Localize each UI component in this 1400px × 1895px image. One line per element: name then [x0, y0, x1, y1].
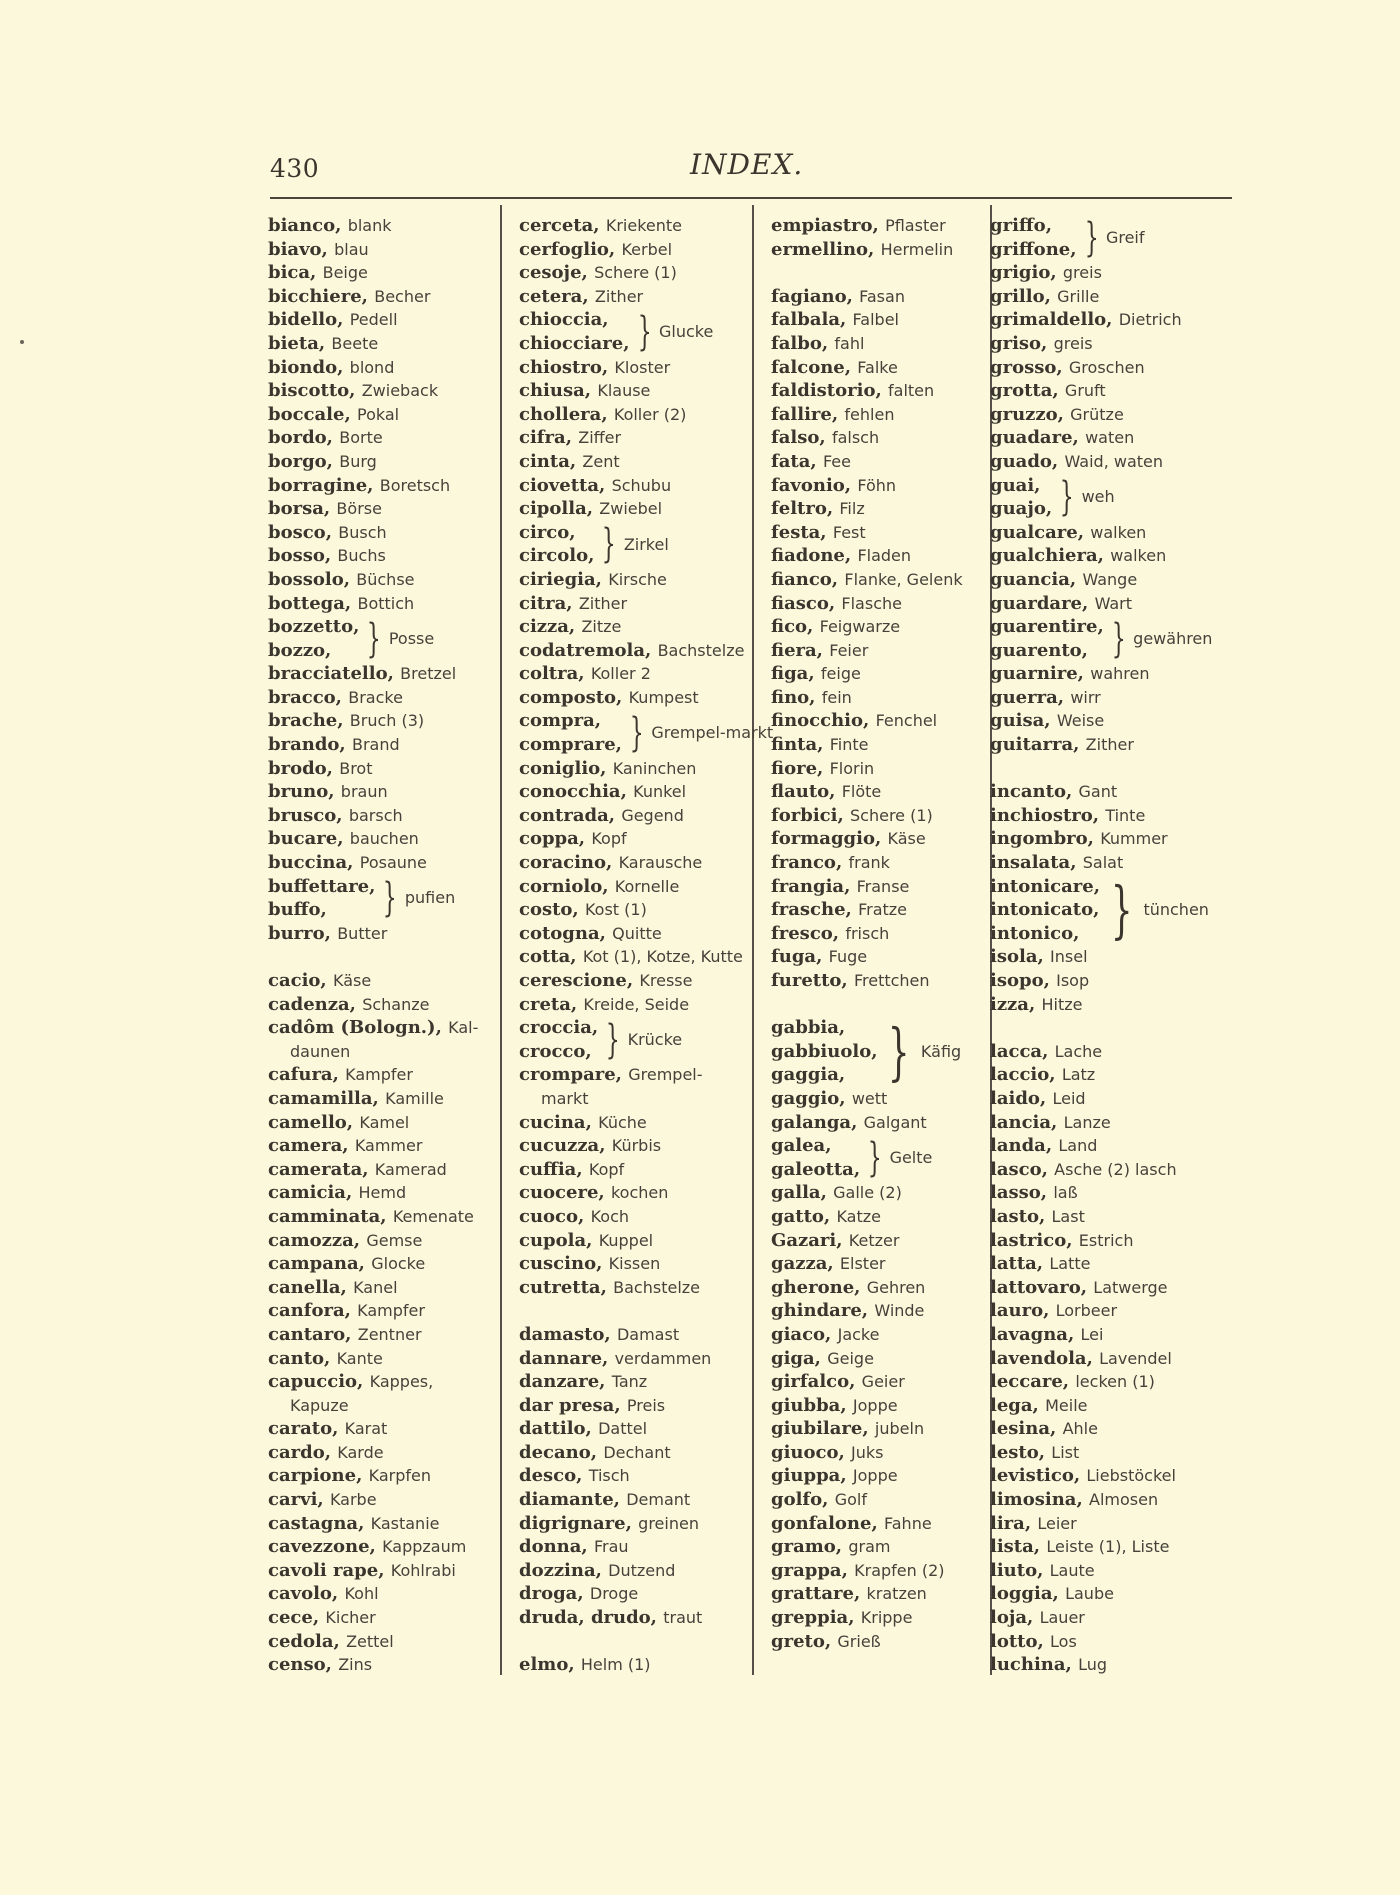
italian-term: cucuzza,	[519, 1135, 605, 1156]
italian-term: decano,	[519, 1442, 597, 1463]
german-term: Wart	[1095, 594, 1132, 613]
index-entry: guisa, Weise	[990, 709, 1230, 733]
german-term: barsch	[349, 806, 403, 825]
german-term: bauchen	[350, 829, 419, 848]
german-term: Flasche	[841, 594, 902, 613]
italian-term: campana,	[268, 1253, 365, 1274]
italian-term: burro,	[268, 923, 331, 944]
index-entry: fallire, fehlen	[771, 403, 996, 427]
german-term: Damast	[617, 1325, 679, 1344]
german-term: laß	[1053, 1183, 1077, 1202]
german-term: Fasan	[859, 287, 905, 306]
italian-term: corniolo,	[519, 876, 609, 897]
index-entry: griso, greis	[990, 332, 1230, 356]
german-term: Kamel	[359, 1113, 409, 1132]
italian-term: formaggio,	[771, 828, 881, 849]
german-term: Liebstöckel	[1086, 1466, 1176, 1485]
italian-term: camamilla,	[268, 1088, 379, 1109]
index-entry: golfo, Golf	[771, 1488, 996, 1512]
german-term: falsch	[832, 428, 879, 447]
index-entry: isola, Insel	[990, 945, 1230, 969]
german-term: Florin	[830, 759, 875, 778]
german-term: fein	[822, 688, 852, 707]
index-entry: biondo, blond	[268, 356, 493, 380]
index-entry: cipolla, Zwiebel	[519, 497, 744, 521]
german-term: blau	[334, 240, 369, 259]
german-term: Zentner	[358, 1325, 422, 1344]
index-entry: druda, drudo, traut	[519, 1606, 744, 1630]
index-entry: bosso, Buchs	[268, 544, 493, 568]
italian-term: cece,	[268, 1607, 319, 1628]
german-term: Krippe	[861, 1608, 913, 1627]
index-entry: bica, Beige	[268, 261, 493, 285]
german-term: Kunkel	[633, 782, 686, 801]
index-entry: frasche, Fratze	[771, 898, 996, 922]
italian-term: camozza,	[268, 1230, 360, 1251]
index-entry: chiostro, Kloster	[519, 356, 744, 380]
index-entry: cardo, Karde	[268, 1441, 493, 1465]
index-entry: chollera, Koller (2)	[519, 403, 744, 427]
italian-term: galea,	[771, 1134, 860, 1158]
german-term: Bachstelze	[613, 1278, 700, 1297]
index-entry: gualchiera, walken	[990, 544, 1230, 568]
index-entry: greppia, Krippe	[771, 1606, 996, 1630]
brace-glyph: }	[868, 1138, 882, 1178]
index-entry: forbici, Schere (1)	[771, 804, 996, 828]
italian-term: cerescione,	[519, 970, 633, 991]
italian-term: izza,	[990, 994, 1035, 1015]
index-entry: campana, Glocke	[268, 1252, 493, 1276]
italian-term: finocchio,	[771, 710, 869, 731]
german-term: Latz	[1062, 1065, 1095, 1084]
italian-term: biavo,	[268, 239, 328, 260]
german-term: Kumpest	[629, 688, 699, 707]
german-term: Joppe	[853, 1466, 898, 1485]
german-term: Kopf	[591, 829, 626, 848]
index-entry: castagna, Kastanie	[268, 1512, 493, 1536]
italian-term: ciriegia,	[519, 569, 602, 590]
italian-term: guerra,	[990, 687, 1064, 708]
index-entry: bottega, Bottich	[268, 592, 493, 616]
german-term: Kirsche	[608, 570, 667, 589]
italian-term: giuoco,	[771, 1442, 845, 1463]
german-term: Leier	[1037, 1514, 1076, 1533]
italian-term: carpione,	[268, 1465, 362, 1486]
italian-term: fiadone,	[771, 545, 851, 566]
italian-term: levistico,	[990, 1465, 1080, 1486]
german-term: Groschen	[1069, 358, 1145, 377]
index-entry: fiera, Feier	[771, 639, 996, 663]
index-entry: ciovetta, Schubu	[519, 474, 744, 498]
index-entry: corniolo, Kornelle	[519, 875, 744, 899]
italian-term: cadenza,	[268, 994, 356, 1015]
german-term: wirr	[1070, 688, 1100, 707]
german-term: Kammer	[355, 1136, 423, 1155]
index-entry: droga, Droge	[519, 1582, 744, 1606]
index-entry: galanga, Galgant	[771, 1111, 996, 1135]
index-entry: conocchia, Kunkel	[519, 780, 744, 804]
italian-term: bozzo,	[268, 639, 359, 663]
german-term: Lei	[1081, 1325, 1104, 1344]
index-entry: loggia, Laube	[990, 1582, 1230, 1606]
german-term: Frau	[594, 1537, 629, 1556]
italian-term: gazza,	[771, 1253, 834, 1274]
german-term: Kampfer	[357, 1301, 425, 1320]
index-entry-continuation: daunen	[268, 1040, 493, 1064]
german-term: Laute	[1050, 1561, 1095, 1580]
italian-term: conocchia,	[519, 781, 627, 802]
index-entry: damasto, Damast	[519, 1323, 744, 1347]
italian-term: girfalco,	[771, 1371, 855, 1392]
german-term: daunen	[290, 1042, 350, 1061]
italian-term: chollera,	[519, 404, 608, 425]
italian-term: bozzetto,	[268, 615, 359, 639]
german-term: Leiste (1), Liste	[1046, 1537, 1169, 1556]
index-entry: costo, Kost (1)	[519, 898, 744, 922]
german-term: Karat	[345, 1419, 388, 1438]
italian-term: falbala,	[771, 309, 846, 330]
index-entry: canella, Kanel	[268, 1276, 493, 1300]
index-entry: bucare, bauchen	[268, 827, 493, 851]
german-term: Gruft	[1065, 381, 1106, 400]
italian-term: cavezzone,	[268, 1536, 376, 1557]
index-entry: lacca, Lache	[990, 1040, 1230, 1064]
italian-term: damasto,	[519, 1324, 611, 1345]
german-term: Fenchel	[876, 711, 938, 730]
index-entry: cavoli rape, Kohlrabi	[268, 1559, 493, 1583]
index-entry: girfalco, Geier	[771, 1370, 996, 1394]
italian-term: chiostro,	[519, 357, 608, 378]
german-term: Falbel	[853, 310, 899, 329]
italian-term: gramo,	[771, 1536, 842, 1557]
index-entry: creta, Kreide, Seide	[519, 993, 744, 1017]
index-entry: dozzina, Dutzend	[519, 1559, 744, 1583]
brace-glyph: }	[1060, 477, 1074, 517]
german-term: greis	[1054, 334, 1093, 353]
italian-term: camerata,	[268, 1159, 369, 1180]
italian-term: bidello,	[268, 309, 343, 330]
german-term: Dutzend	[608, 1561, 675, 1580]
italian-term: crocco,	[519, 1040, 598, 1064]
german-term: Schere (1)	[850, 806, 933, 825]
italian-term: fiasco,	[771, 593, 835, 614]
german-term: tünchen	[1143, 898, 1208, 922]
german-term: Laube	[1065, 1584, 1114, 1603]
german-term: Kappzaum	[382, 1537, 466, 1556]
letter-section-gap	[771, 993, 996, 1017]
italian-term: fico,	[771, 616, 813, 637]
italian-term: cavolo,	[268, 1583, 338, 1604]
italian-term: cafura,	[268, 1064, 339, 1085]
italian-term: lasco,	[990, 1159, 1048, 1180]
german-term: Käfig	[921, 1040, 961, 1064]
italian-term: desco,	[519, 1465, 582, 1486]
german-term: wett	[852, 1089, 887, 1108]
german-term: Greif	[1106, 226, 1145, 250]
index-entry: limosina, Almosen	[990, 1488, 1230, 1512]
german-term: Katze	[836, 1207, 881, 1226]
german-term: Kicher	[325, 1608, 375, 1627]
index-entry: lira, Leier	[990, 1512, 1230, 1536]
brace-glyph: }	[1084, 218, 1098, 258]
index-entry: cucuzza, Kürbis	[519, 1134, 744, 1158]
german-term: Bretzel	[400, 664, 456, 683]
index-entry: camozza, Gemse	[268, 1229, 493, 1253]
german-term: Brand	[352, 735, 400, 754]
german-term: Tinte	[1105, 806, 1145, 825]
index-entry: luchina, Lug	[990, 1653, 1230, 1677]
italian-term: lasto,	[990, 1206, 1045, 1227]
german-term: Zwieback	[362, 381, 438, 400]
italian-term: biscotto,	[268, 380, 355, 401]
italian-term: ciovetta,	[519, 475, 605, 496]
italian-term: latta,	[990, 1253, 1043, 1274]
italian-term: finta,	[771, 734, 823, 755]
index-column-3: empiastro, Pflasterermellino, Hermelinfa…	[771, 214, 996, 1653]
italian-term: borsa,	[268, 498, 330, 519]
italian-term: guadare,	[990, 427, 1079, 448]
index-entry: bracciatello, Bretzel	[268, 662, 493, 686]
italian-term: flauto,	[771, 781, 835, 802]
german-term: Kaninchen	[613, 759, 697, 778]
italian-term: giubilare,	[771, 1418, 869, 1439]
index-entry: guardare, Wart	[990, 592, 1230, 616]
italian-term: cipolla,	[519, 498, 593, 519]
italian-term: griffo,	[990, 214, 1077, 238]
index-entry: cadenza, Schanze	[268, 993, 493, 1017]
italian-term: fuga,	[771, 946, 822, 967]
german-term: Tisch	[589, 1466, 630, 1485]
german-term: Kuppel	[599, 1231, 653, 1250]
german-term: Preis	[627, 1396, 665, 1415]
index-entry: laido, Leid	[990, 1087, 1230, 1111]
index-entry: guadare, waten	[990, 426, 1230, 450]
german-term: Last	[1052, 1207, 1085, 1226]
italian-term: cucina,	[519, 1112, 592, 1133]
german-term: Ketzer	[849, 1231, 900, 1250]
italian-term: Gazari,	[771, 1230, 843, 1251]
index-entry: composto, Kumpest	[519, 686, 744, 710]
italian-term: incanto,	[990, 781, 1072, 802]
index-entry: figa, feige	[771, 662, 996, 686]
italian-term: druda, drudo,	[519, 1607, 657, 1628]
index-entry: giuppa, Joppe	[771, 1464, 996, 1488]
german-term: Karausche	[619, 853, 703, 872]
german-term: Buchs	[337, 546, 385, 565]
italian-term: intonicare,	[990, 875, 1100, 899]
italian-term: lattovaro,	[990, 1277, 1087, 1298]
index-entry: latta, Latte	[990, 1252, 1230, 1276]
italian-term: isola,	[990, 946, 1044, 967]
german-term: Pedell	[350, 310, 398, 329]
index-entry: gherone, Gehren	[771, 1276, 996, 1300]
german-term: Wange	[1082, 570, 1137, 589]
index-entry: lasso, laß	[990, 1181, 1230, 1205]
german-term: Grütze	[1070, 405, 1124, 424]
index-entry: bidello, Pedell	[268, 308, 493, 332]
index-entry: giubilare, jubeln	[771, 1417, 996, 1441]
index-entry-group: griffo,griffone,}Greif	[990, 214, 1230, 261]
german-term: Meile	[1045, 1396, 1087, 1415]
italian-term: cinta,	[519, 451, 576, 472]
italian-term: gaggio,	[771, 1088, 846, 1109]
italian-term: leccare,	[990, 1371, 1069, 1392]
index-entry: lancia, Lanze	[990, 1111, 1230, 1135]
italian-term: brodo,	[268, 758, 333, 779]
italian-term: cetera,	[519, 286, 589, 307]
italian-term: loja,	[990, 1607, 1033, 1628]
italian-term: bica,	[268, 262, 316, 283]
italian-term: croccia,	[519, 1016, 598, 1040]
letter-section-gap	[519, 1630, 744, 1654]
german-term: blank	[348, 216, 392, 235]
brace-glyph: }	[367, 619, 381, 659]
italian-term: brache,	[268, 710, 344, 731]
italian-term: grotta,	[990, 380, 1059, 401]
german-term: Glocke	[371, 1254, 425, 1273]
italian-term: cupola,	[519, 1230, 592, 1251]
german-term: Kohlrabi	[391, 1561, 456, 1580]
italian-term: guai,	[990, 474, 1052, 498]
page-number: 430	[270, 154, 319, 183]
italian-term: brusco,	[268, 805, 343, 826]
italian-term: comprare,	[519, 733, 622, 757]
german-term: Helm (1)	[581, 1655, 651, 1674]
german-term: Asche (2) lasch	[1054, 1160, 1176, 1179]
index-entry: borgo, Burg	[268, 450, 493, 474]
index-entry: lesina, Ahle	[990, 1417, 1230, 1441]
index-entry: dattilo, Dattel	[519, 1417, 744, 1441]
german-term: Schere (1)	[594, 263, 677, 282]
italian-term: cuocere,	[519, 1182, 605, 1203]
italian-term: laido,	[990, 1088, 1046, 1109]
italian-term: frasche,	[771, 899, 852, 920]
italian-term: droga,	[519, 1583, 584, 1604]
german-term: Fest	[833, 523, 866, 542]
german-term: Zettel	[346, 1632, 394, 1651]
index-entry: guado, Waid, waten	[990, 450, 1230, 474]
italian-term: coltra,	[519, 663, 585, 684]
index-entry: lista, Leiste (1), Liste	[990, 1535, 1230, 1559]
index-entry-group: chioccia,chiocciare,}Glucke	[519, 308, 744, 355]
german-term: falten	[888, 381, 934, 400]
german-term: Kriekente	[606, 216, 682, 235]
german-term: Beige	[323, 263, 368, 282]
margin-speck	[20, 340, 24, 344]
italian-term: giuppa,	[771, 1465, 847, 1486]
italian-term: guancia,	[990, 569, 1076, 590]
italian-term: gruzzo,	[990, 404, 1064, 425]
italian-term: ingombro,	[990, 828, 1094, 849]
index-entry: formaggio, Käse	[771, 827, 996, 851]
german-term: Gemse	[366, 1231, 422, 1250]
index-entry: fiore, Florin	[771, 757, 996, 781]
column-divider	[752, 205, 754, 1675]
index-entry: carpione, Karpfen	[268, 1464, 493, 1488]
index-entry: giga, Geige	[771, 1347, 996, 1371]
german-term: blond	[350, 358, 395, 377]
german-term: Borte	[339, 428, 382, 447]
italian-term: golfo,	[771, 1489, 828, 1510]
index-entry: bordo, Borte	[268, 426, 493, 450]
german-term: Frettchen	[854, 971, 930, 990]
german-term: Jacke	[838, 1325, 880, 1344]
index-entry-group: compra,comprare,}Grempel-markt	[519, 709, 744, 756]
index-entry: brusco, barsch	[268, 804, 493, 828]
italian-term: feltro,	[771, 498, 833, 519]
italian-term: lastrico,	[990, 1230, 1073, 1251]
german-term: Kastanie	[371, 1514, 440, 1533]
german-term: Fuge	[829, 947, 867, 966]
index-entry: leccare, lecken (1)	[990, 1370, 1230, 1394]
german-term: Becher	[374, 287, 430, 306]
german-term: Kemenate	[393, 1207, 474, 1226]
italian-term: bianco,	[268, 215, 341, 236]
index-entry: faldistorio, falten	[771, 379, 996, 403]
italian-term: lauro,	[990, 1300, 1049, 1321]
german-term: gewähren	[1133, 627, 1212, 651]
index-entry: biscotto, Zwieback	[268, 379, 493, 403]
german-term: Zither	[579, 594, 627, 613]
index-entry-group: bozzetto,bozzo,}Posse	[268, 615, 493, 662]
italian-term: lesina,	[990, 1418, 1056, 1439]
german-term: markt	[541, 1089, 589, 1108]
german-term: traut	[663, 1608, 702, 1627]
german-term: Kreide, Seide	[583, 995, 689, 1014]
german-term: Beete	[331, 334, 378, 353]
index-entry: giubba, Joppe	[771, 1394, 996, 1418]
index-entry: inchiostro, Tinte	[990, 804, 1230, 828]
german-term: Posse	[389, 627, 434, 651]
index-entry: guerra, wirr	[990, 686, 1230, 710]
index-entry: flauto, Flöte	[771, 780, 996, 804]
index-entry: lega, Meile	[990, 1394, 1230, 1418]
index-entry: bracco, Bracke	[268, 686, 493, 710]
italian-term: dozzina,	[519, 1560, 602, 1581]
german-term: fahl	[834, 334, 864, 353]
italian-term: gaggia,	[771, 1063, 877, 1087]
italian-term: camicia,	[268, 1182, 352, 1203]
index-entry: buccina, Posaune	[268, 851, 493, 875]
german-term: Filz	[839, 499, 864, 518]
index-entry: burro, Butter	[268, 922, 493, 946]
german-term: verdammen	[615, 1349, 712, 1368]
german-term: wahren	[1090, 664, 1149, 683]
index-entry: camerata, Kamerad	[268, 1158, 493, 1182]
german-term: Kapuze	[290, 1396, 349, 1415]
italian-term: grattare,	[771, 1583, 860, 1604]
index-entry: desco, Tisch	[519, 1464, 744, 1488]
index-entry: crompare, Grempel-	[519, 1063, 744, 1087]
index-entry: chiusa, Klause	[519, 379, 744, 403]
german-term: Juks	[851, 1443, 883, 1462]
german-term: Pflaster	[885, 216, 946, 235]
italian-term: gualchiera,	[990, 545, 1104, 566]
italian-term: grosso,	[990, 357, 1063, 378]
italian-term: empiastro,	[771, 215, 879, 236]
index-entry: greto, Grieß	[771, 1630, 996, 1654]
italian-term: lira,	[990, 1513, 1031, 1534]
index-entry: brando, Brand	[268, 733, 493, 757]
italian-term: grigio,	[990, 262, 1057, 283]
german-term: walken	[1090, 523, 1146, 542]
german-term: Kante	[337, 1349, 383, 1368]
italian-term: circolo,	[519, 544, 594, 568]
index-entry: gualcare, walken	[990, 521, 1230, 545]
index-entry: cucina, Küche	[519, 1111, 744, 1135]
index-entry: lasto, Last	[990, 1205, 1230, 1229]
index-entry: bossolo, Büchse	[268, 568, 493, 592]
